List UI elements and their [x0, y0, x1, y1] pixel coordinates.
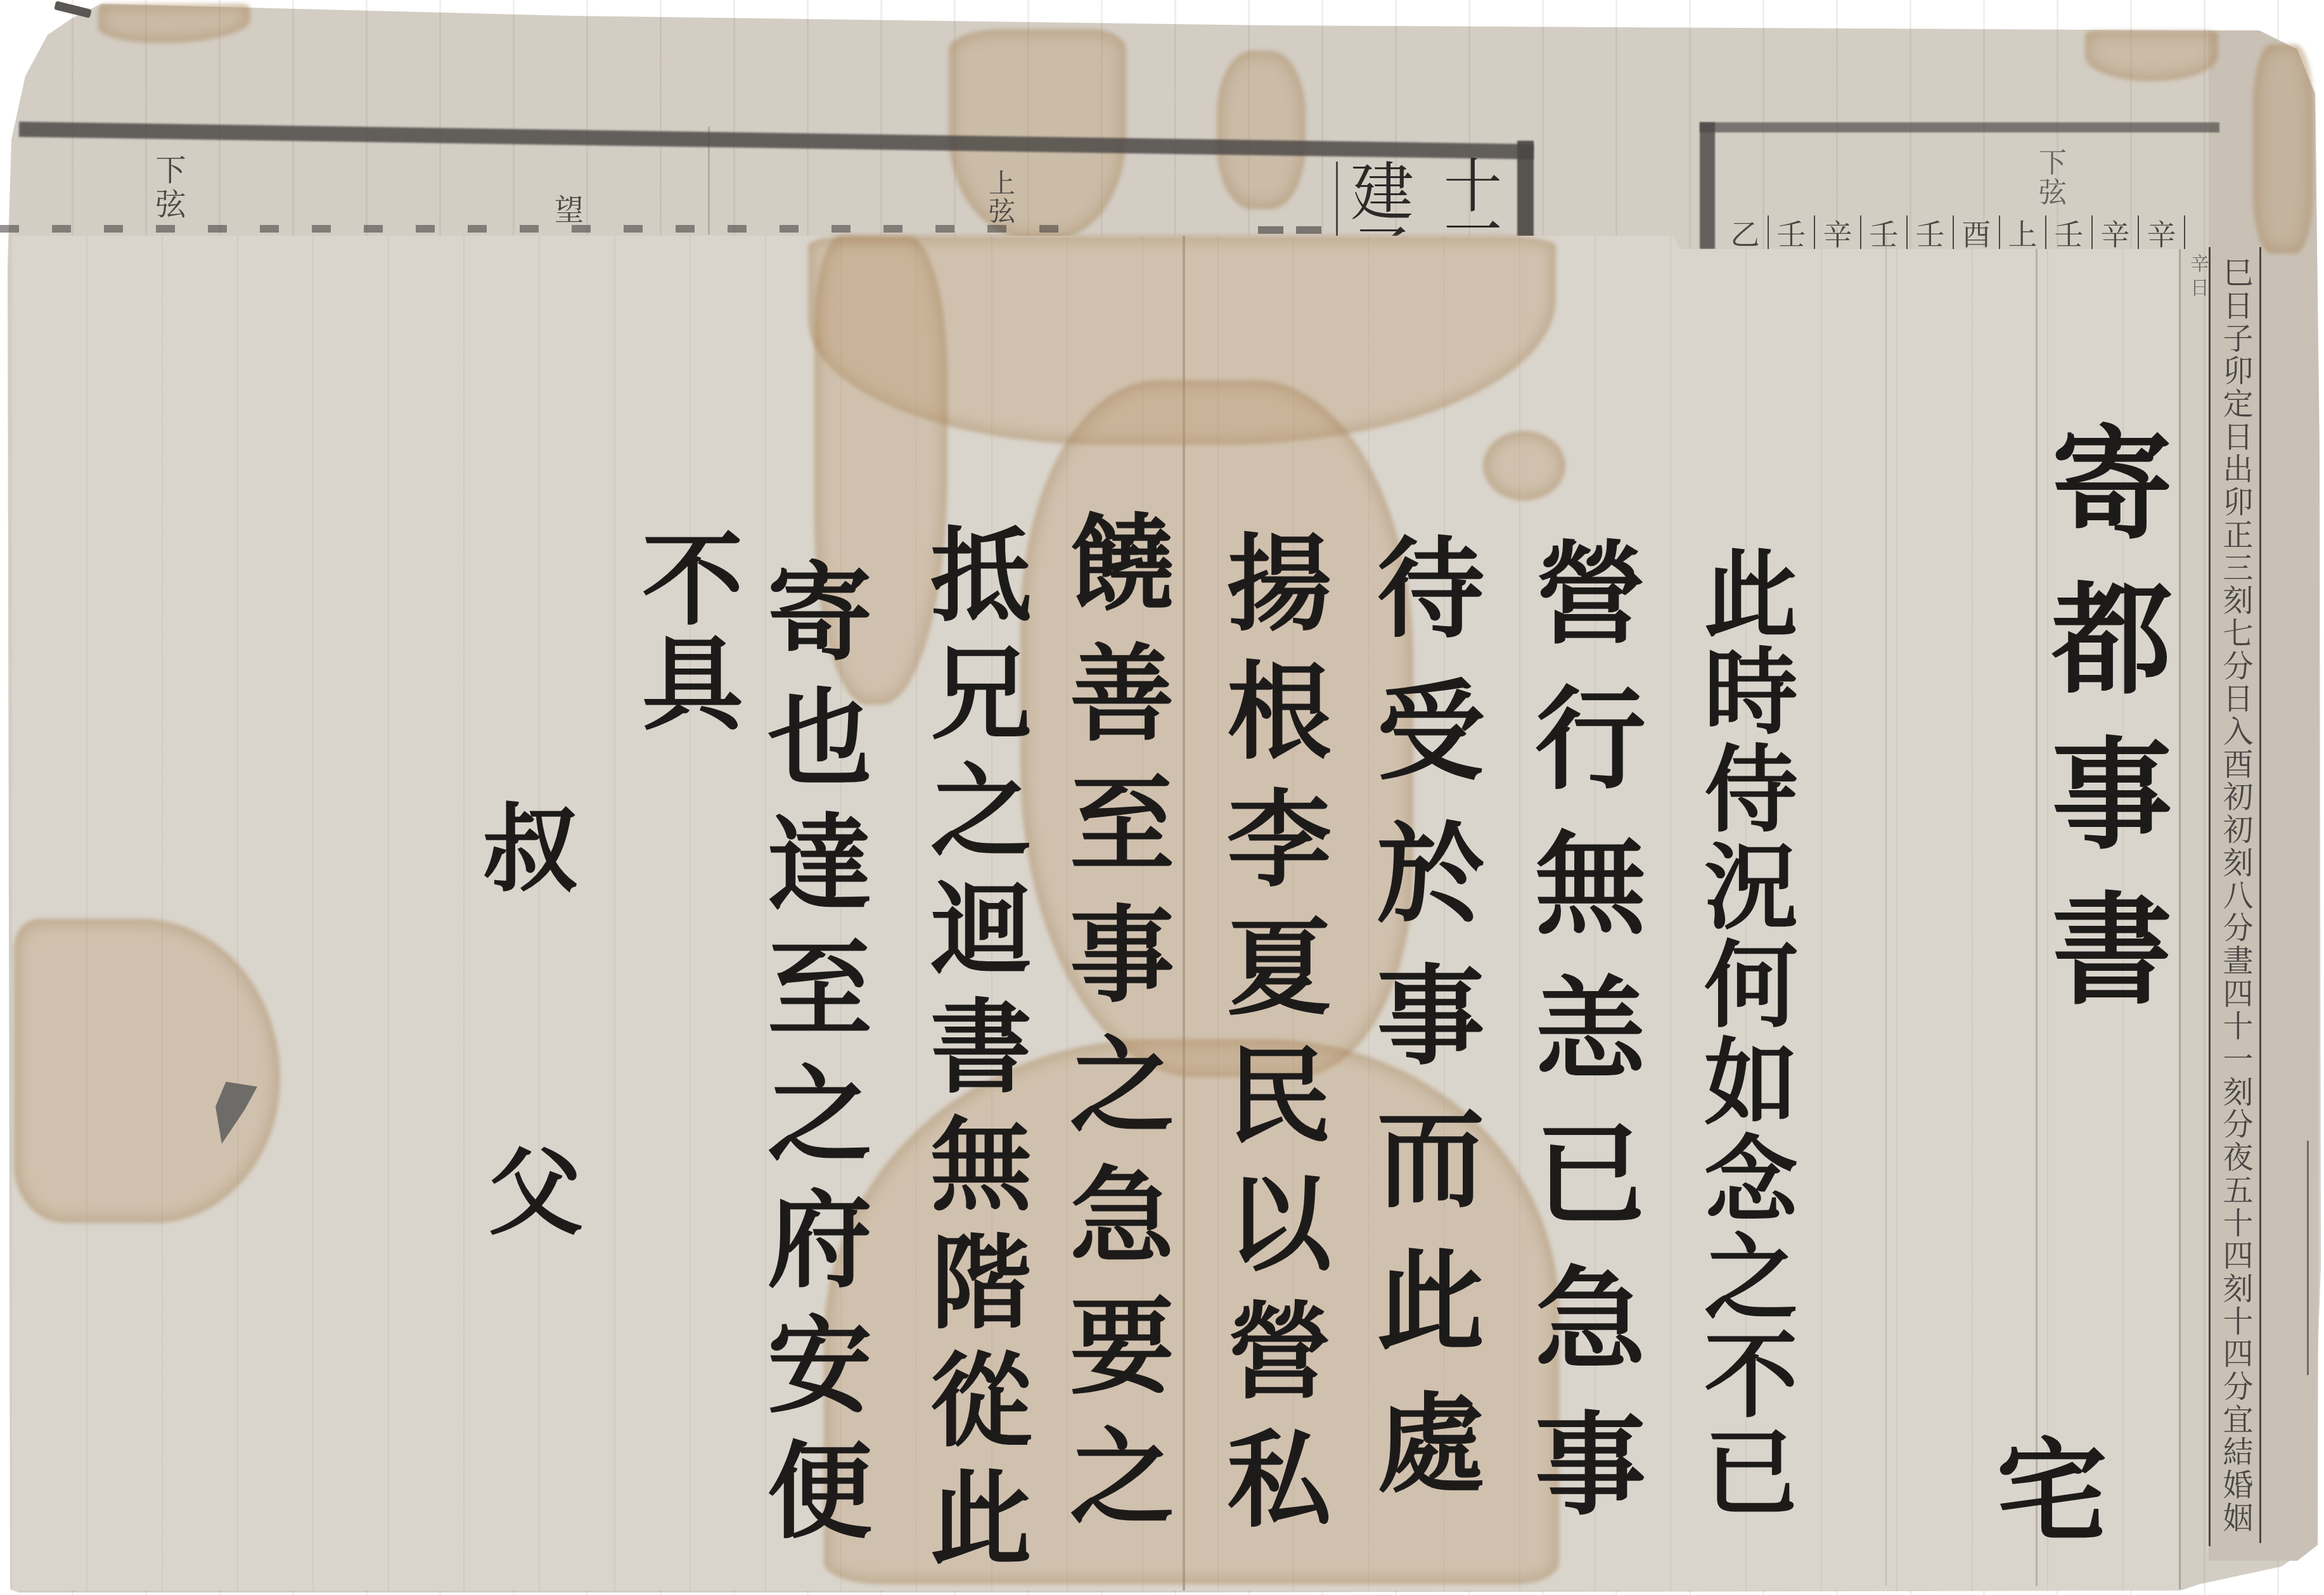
- stem-label-box: 建子: [1345, 158, 1416, 241]
- day-cell: 乙: [1723, 215, 1769, 249]
- month-box-divider: [1336, 162, 1338, 241]
- letter-column-6: 抵兄之迴書無階從此: [922, 522, 1024, 1583]
- moon-phase-label: 下弦: [2036, 148, 2064, 207]
- letter-title: 寄都事書: [2042, 421, 2162, 1042]
- right-box-left-border: [1700, 122, 1715, 249]
- month-label-box: 十一月: [1439, 155, 1508, 241]
- letter-column-3: 待受於事而此處: [1368, 532, 1475, 1530]
- day-cell: 上: [2000, 215, 2046, 249]
- water-stain: [1217, 51, 1306, 209]
- day-cell: 酉: [1954, 215, 2000, 249]
- margin-rule-outer: [2307, 1141, 2309, 1375]
- letter-column-7: 寄也達至之府安便: [759, 558, 864, 1561]
- day-cell: 辛: [2093, 215, 2139, 249]
- water-stain: [2085, 30, 2218, 81]
- letter-column-2: 營行無恙已急事: [1526, 535, 1637, 1551]
- right-box-top-border: [1700, 122, 2219, 132]
- day-cell: 壬: [1769, 215, 1815, 249]
- day-cell: 壬: [2046, 215, 2093, 249]
- month-label: 十一月: [1439, 155, 1497, 241]
- almanac-day-entry: 巳日子卯定日出卯正三刻七分日入酉初初刻八分晝四十一刻分夜五十四刻十四分宜結婚姻: [2220, 257, 2250, 1534]
- moon-phase-label: 下弦: [153, 154, 183, 222]
- day-cell: 辛: [2139, 215, 2185, 249]
- moon-phase-label: 上弦: [987, 169, 1013, 225]
- signature-title: 父: [480, 1142, 575, 1237]
- water-stain: [949, 29, 1126, 238]
- water-stain: [2253, 44, 2313, 253]
- margin-rule-left: [2209, 247, 2211, 1546]
- almanac-side-column: 辛日: [2188, 253, 2207, 302]
- signature-relation: 叔: [475, 798, 570, 894]
- water-stain: [1483, 431, 1565, 501]
- sheet-edge-line: [2179, 249, 2181, 1589]
- letter-column-1: 此時侍況何如念之不已: [1697, 545, 1791, 1521]
- stem-label: 建子: [1345, 158, 1408, 241]
- dash-marks: [1258, 226, 1329, 234]
- letter-column-4: 揚根李夏民以營私: [1219, 528, 1323, 1553]
- margin-rule-right: [2259, 247, 2261, 1543]
- letter-closing: 不具: [634, 526, 735, 735]
- almanac-faint-divider: [708, 127, 710, 234]
- day-cell: 辛: [1815, 215, 1861, 249]
- almanac-bottom-dash-row: [0, 225, 1077, 233]
- moon-phase-label: 望: [553, 195, 582, 224]
- day-cell: 壬: [1861, 215, 1908, 249]
- month-box-right-border: [1517, 141, 1534, 242]
- day-cell: 壬: [1908, 215, 1954, 249]
- column-line: [1885, 236, 1887, 1585]
- letter-column-5: 饒善至事之急要之: [1062, 508, 1166, 1553]
- letter-endorsement: 宅: [1987, 1432, 2098, 1543]
- day-row: 乙 壬 辛 壬 壬 酉 上 壬 辛 辛: [1723, 215, 2186, 249]
